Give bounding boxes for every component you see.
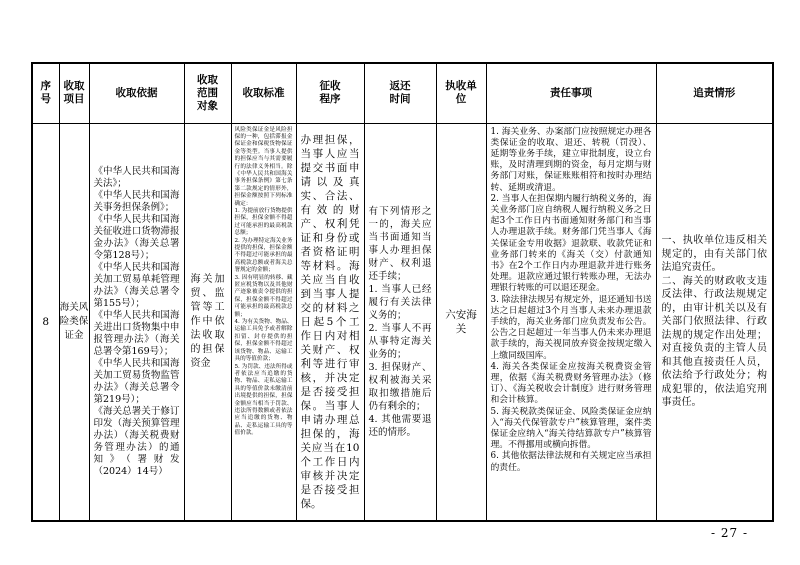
table-header-row: 序 号 收取 项目 收取依据 收取 范围 对象 收取标准 征收 程序 返还 时间…: [32, 63, 773, 123]
header-fee-item: 收取 项目: [59, 63, 89, 123]
cell-serial-number: 8: [32, 123, 59, 521]
collecting-unit-text: 六安海关: [443, 308, 479, 336]
fee-schedule-table: 序 号 收取 项目 收取依据 收取 范围 对象 收取标准 征收 程序 返还 时间…: [31, 62, 774, 522]
fee-item-text: 海关风险类保证金: [60, 301, 89, 343]
header-refund-time: 返还 时间: [364, 63, 436, 123]
cell-accountability-situations: 一、执收单位违反相关规定的，由有关部门依法追究责任。 二、海关的财政收支违反法律…: [656, 123, 773, 521]
header-accountability-situations: 追责情形: [656, 63, 773, 123]
header-responsibility-matters: 责任事项: [486, 63, 656, 123]
header-collecting-unit: 执收单 位: [436, 63, 486, 123]
header-collection-basis: 收取依据: [89, 63, 184, 123]
cell-collection-standard: 风险类保证金是风险担保的一种，包括滞报金保证金和保税货物保证金等类型。当事人提供…: [231, 123, 296, 521]
header-collection-standard: 收取标准: [231, 63, 296, 123]
page-number: - 27 -: [711, 526, 748, 540]
cell-collection-scope: 海关加贸、监管等工作中依法收取的担保资金: [184, 123, 231, 521]
header-collection-procedure: 征收 程序: [296, 63, 364, 123]
cell-refund-time: 有下列情形之一的，海关应当书面通知当事人办理担保财产、权利退还手续； 1. 当事…: [364, 123, 436, 521]
cell-collecting-unit: 六安海关: [436, 123, 486, 521]
header-collection-scope: 收取 范围 对象: [184, 63, 231, 123]
header-serial-number: 序 号: [32, 63, 59, 123]
cell-responsibility-matters: 1. 海关业务、办案部门应按照规定办理各类保证金的收取、退还、转税（罚没）、延期…: [486, 123, 656, 521]
cell-collection-basis: 《中华人民共和国海关法》； 《中华人民共和国海关事务担保条例》； 《中华人民共和…: [89, 123, 184, 521]
document-page: 序 号 收取 项目 收取依据 收取 范围 对象 收取标准 征收 程序 返还 时间…: [0, 0, 800, 565]
table-row: 8 海关风险类保证金 《中华人民共和国海关法》； 《中华人民共和国海关事务担保条…: [32, 123, 773, 521]
cell-fee-item: 海关风险类保证金: [59, 123, 89, 521]
cell-collection-procedure: 办理担保，当事人应当提交书面申请以及真实、合法、有效的财产、权利凭证和身份或者资…: [296, 123, 364, 521]
